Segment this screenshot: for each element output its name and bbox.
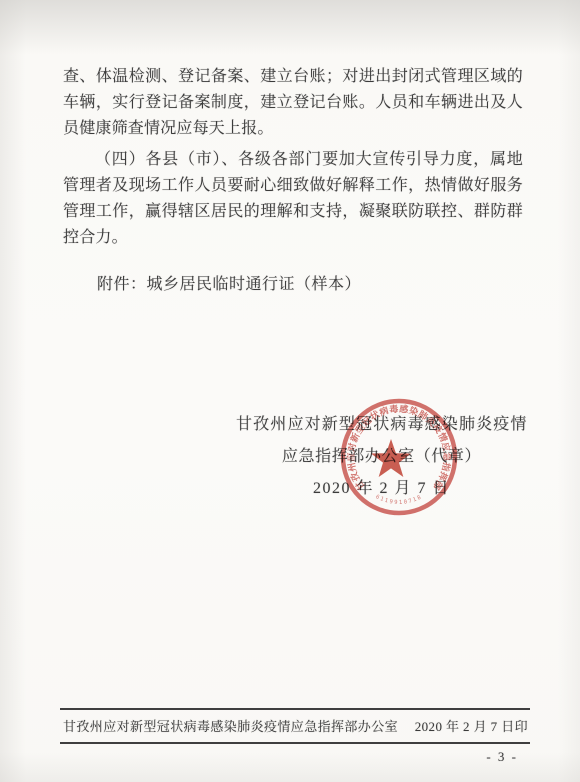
scanned-document-page: 查、体温检测、登记备案、建立台账；对进出封闭式管理区域的车辆，实行登记备案制度，… <box>0 0 580 782</box>
official-seal-stamp: 甘孜州应对新型冠状病毒感染肺炎疫情应急指挥部 6119910718 <box>324 382 474 532</box>
svg-text:6119910718: 6119910718 <box>374 494 423 506</box>
seal-code: 6119910718 <box>374 494 423 506</box>
page-number: - 3 - <box>60 749 530 765</box>
document-body: 查、体温检测、登记备案、建立台账；对进出封闭式管理区域的车辆，实行登记备案制度，… <box>63 64 523 251</box>
body-paragraph-1: 查、体温检测、登记备案、建立台账；对进出封闭式管理区域的车辆，实行登记备案制度，… <box>63 64 523 142</box>
footer-colophon: 甘孜州应对新型冠状病毒感染肺炎疫情应急指挥部办公室 2020 年 2 月 7 日… <box>60 708 530 765</box>
body-paragraph-2: （四）各县（市）、各级各部门要加大宣传引导力度，属地管理者及现场工作人员要耐心细… <box>63 147 523 251</box>
seal-star-icon <box>371 439 411 477</box>
footer-issuer: 甘孜州应对新型冠状病毒感染肺炎疫情应急指挥部办公室 <box>63 716 398 735</box>
footer-issuer-row: 甘孜州应对新型冠状病毒感染肺炎疫情应急指挥部办公室 2020 年 2 月 7 日… <box>60 710 530 744</box>
footer-print-date: 2020 年 2 月 7 日印 <box>415 716 528 735</box>
attachment-line: 附件：城乡居民临时通行证（样本） <box>97 271 361 294</box>
